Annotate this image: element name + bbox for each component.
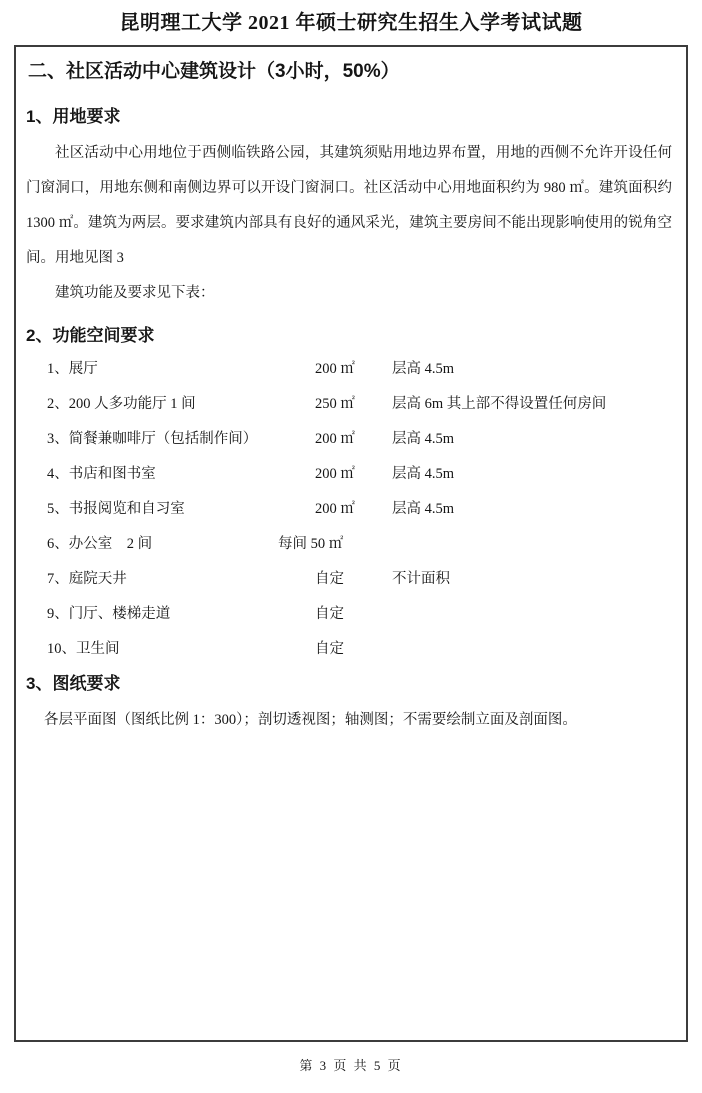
drawing-requirements-text: 各层平面图（图纸比例 1：300）；剖切透视图；轴测图；不需要绘制立面及剖面图。 (44, 703, 672, 737)
program-requirements-heading: 2、功能空间要求 (26, 325, 672, 347)
room-name: 9、门厅、楼梯走道 (47, 597, 278, 632)
room-area: 自定 (278, 632, 392, 667)
room-area: 250 ㎡ (278, 387, 392, 422)
room-area: 自定 (278, 562, 392, 597)
room-note: 不计面积 (392, 562, 672, 597)
room-row: 6、办公室 2 间 每间 50 ㎡ (47, 527, 672, 562)
question-frame: 二、社区活动中心建筑设计（3小时，50%） 1、用地要求 社区活动中心用地位于西… (14, 45, 688, 1042)
room-name: 4、书店和图书室 (47, 457, 278, 492)
room-area: 每间 50 ㎡ (278, 527, 392, 562)
room-row: 3、简餐兼咖啡厅（包括制作间） 200 ㎡ 层高 4.5m (47, 422, 672, 457)
room-area: 自定 (278, 597, 392, 632)
room-table: 1、展厅 200 ㎡ 层高 4.5m 2、200 人多功能厅 1 间 250 ㎡… (47, 352, 672, 667)
site-requirements-paragraph: 社区活动中心用地位于西侧临铁路公园，其建筑须贴用地边界布置，用地的西侧不允许开设… (26, 136, 672, 276)
room-area: 200 ㎡ (278, 457, 392, 492)
room-note (392, 527, 672, 562)
exam-page: 昆明理工大学 2021 年硕士研究生招生入学考试试题 二、社区活动中心建筑设计（… (0, 0, 702, 1093)
document-title: 昆明理工大学 2021 年硕士研究生招生入学考试试题 (0, 6, 702, 35)
room-name: 6、办公室 2 间 (47, 527, 278, 562)
room-area: 200 ㎡ (278, 352, 392, 387)
page-number-footer: 第 3 页 共 5 页 (0, 1055, 702, 1074)
table-intro-line: 建筑功能及要求见下表： (26, 276, 672, 311)
room-name: 7、庭院天井 (47, 562, 278, 597)
room-note (392, 597, 672, 632)
room-note: 层高 6m 其上部不得设置任何房间 (392, 387, 672, 422)
room-row: 2、200 人多功能厅 1 间 250 ㎡ 层高 6m 其上部不得设置任何房间 (47, 387, 672, 422)
room-row: 7、庭院天井 自定 不计面积 (47, 562, 672, 597)
room-note (392, 632, 672, 667)
room-name: 10、卫生间 (47, 632, 278, 667)
room-note: 层高 4.5m (392, 422, 672, 457)
room-name: 1、展厅 (47, 352, 278, 387)
site-requirements-heading: 1、用地要求 (26, 106, 672, 128)
room-row: 4、书店和图书室 200 ㎡ 层高 4.5m (47, 457, 672, 492)
room-name: 5、书报阅览和自习室 (47, 492, 278, 527)
room-row: 9、门厅、楼梯走道 自定 (47, 597, 672, 632)
section-title: 二、社区活动中心建筑设计（3小时，50%） (28, 59, 672, 85)
room-row: 1、展厅 200 ㎡ 层高 4.5m (47, 352, 672, 387)
drawing-requirements-heading: 3、图纸要求 (26, 673, 672, 695)
room-note: 层高 4.5m (392, 457, 672, 492)
room-row: 10、卫生间 自定 (47, 632, 672, 667)
room-name: 2、200 人多功能厅 1 间 (47, 387, 278, 422)
room-name: 3、简餐兼咖啡厅（包括制作间） (47, 422, 278, 457)
room-area: 200 ㎡ (278, 422, 392, 457)
room-note: 层高 4.5m (392, 352, 672, 387)
room-row: 5、书报阅览和自习室 200 ㎡ 层高 4.5m (47, 492, 672, 527)
room-note: 层高 4.5m (392, 492, 672, 527)
room-area: 200 ㎡ (278, 492, 392, 527)
